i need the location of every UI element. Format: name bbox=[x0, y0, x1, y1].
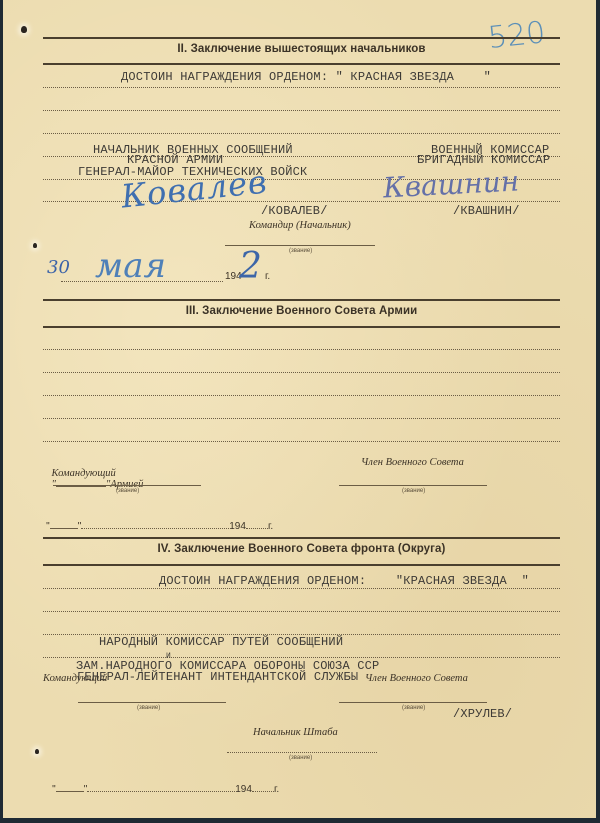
section-4-line-4 bbox=[43, 657, 560, 658]
punch-hole-bottom bbox=[35, 749, 39, 754]
section-2-heading: II. Заключение вышестоящих начальников bbox=[43, 43, 560, 55]
section-3-line-5 bbox=[43, 441, 560, 442]
section-4-rank-label-chief: (звание) bbox=[289, 755, 312, 761]
section-3-line-2 bbox=[43, 372, 560, 373]
chief-of-staff-label: Начальник Штаба bbox=[253, 727, 338, 738]
section-2-date-line bbox=[61, 281, 223, 282]
section-2-date-year-unit: г. bbox=[265, 271, 270, 282]
section-3-rank-label-left: (звание) bbox=[116, 488, 139, 494]
section-3-line-3 bbox=[43, 395, 560, 396]
section-4-conclusion: ДОСТОИН НАГРАЖДЕНИЯ ОРДЕНОМ: "КРАСНАЯ ЗВ… bbox=[159, 576, 529, 587]
section-4-top-rule bbox=[43, 537, 560, 539]
section-2-line-3 bbox=[43, 133, 560, 134]
section-4-rank-line-right bbox=[339, 702, 487, 703]
section-4-line-1 bbox=[43, 588, 560, 589]
section-2-date-day: 30 bbox=[47, 257, 70, 278]
section-3-member-label: Член Военного Совета bbox=[361, 457, 464, 468]
section-3-line-1 bbox=[43, 349, 560, 350]
award-document-page: 520 II. Заключение вышестоящих начальник… bbox=[3, 0, 596, 818]
left-role-label: Командир (Начальник) bbox=[249, 220, 351, 231]
punch-hole-middle bbox=[33, 243, 37, 248]
section-2-date-year-suffix: 2 bbox=[239, 246, 262, 287]
section-2-rank-label: (звание) bbox=[289, 248, 312, 254]
section-3-heading-rule bbox=[43, 326, 560, 328]
section-2-line-2 bbox=[43, 110, 560, 111]
section-2-top-rule bbox=[43, 37, 560, 39]
section-3-heading: III. Заключение Военного Совета Армии bbox=[43, 305, 560, 317]
right-signatory-title-2: БРИГАДНЫЙ КОМИССАР bbox=[417, 155, 550, 166]
section-4-rank-label-left: (звание) bbox=[137, 705, 160, 711]
section-4-signatory-title-1: НАРОДНЫЙ КОМИССАР ПУТЕЙ СООБЩЕНИЙ bbox=[99, 637, 343, 648]
section-4-heading: IV. Заключение Военного Совета фронта (О… bbox=[43, 543, 560, 555]
section-4-rank-line-chief bbox=[227, 752, 377, 753]
section-2-line-6 bbox=[43, 201, 560, 202]
section-3-rank-line-left bbox=[53, 485, 201, 486]
section-3-top-rule bbox=[43, 299, 560, 301]
section-4-rank-label-right: (звание) bbox=[402, 705, 425, 711]
section-4-signatory-name: /ХРУЛЕВ/ bbox=[453, 709, 512, 720]
section-2-date-month: мая bbox=[95, 246, 166, 286]
section-2-conclusion: ДОСТОИН НАГРАЖДЕНИЯ ОРДЕНОМ: " КРАСНАЯ З… bbox=[121, 72, 491, 83]
section-4-date: ""194г. bbox=[41, 773, 279, 806]
section-3-commander-label: Командующий ""Армией bbox=[41, 457, 143, 501]
right-signatory-name: /КВАШНИН/ bbox=[453, 206, 520, 217]
right-signature: Квашнин bbox=[382, 164, 520, 204]
section-4-line-2 bbox=[43, 611, 560, 612]
section-4-signatory-title-3: ГЕНЕРАЛ-ЛЕЙТЕНАНТ ИНТЕНДАНТСКОЙ СЛУЖБЫ bbox=[77, 672, 358, 683]
section-2-heading-rule bbox=[43, 63, 560, 65]
punch-hole-top bbox=[21, 26, 27, 33]
section-3-rank-line-right bbox=[339, 485, 487, 486]
section-4-heading-rule bbox=[43, 564, 560, 566]
section-3-rank-label-right: (звание) bbox=[402, 488, 425, 494]
section-2-line-1 bbox=[43, 87, 560, 88]
section-4-member-label: Член Военного Совета bbox=[365, 673, 468, 684]
section-3-line-4 bbox=[43, 418, 560, 419]
section-4-rank-line-left bbox=[78, 702, 226, 703]
left-signatory-name: /КОВАЛЕВ/ bbox=[261, 206, 328, 217]
